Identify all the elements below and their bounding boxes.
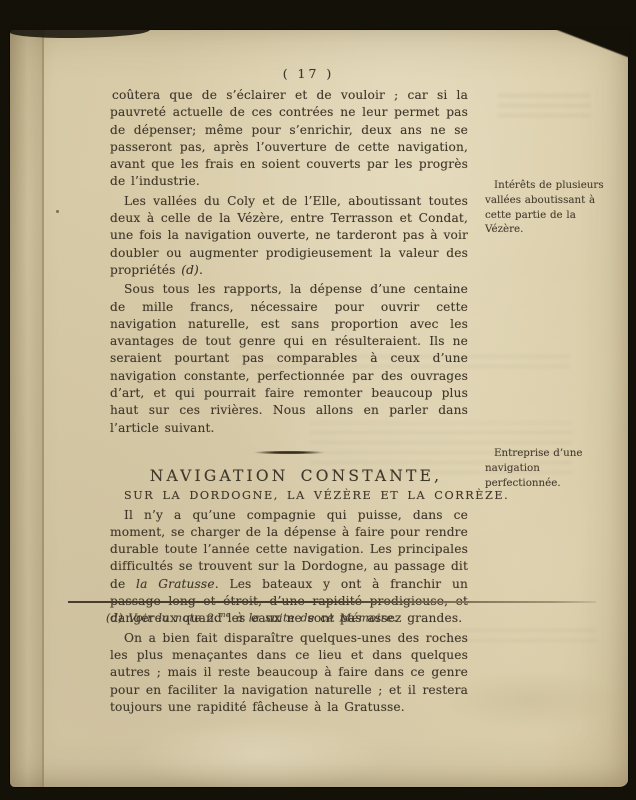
section-title: NAVIGATION CONSTANTE, — [110, 468, 468, 485]
footnote-reference: (d) — [181, 263, 199, 277]
scan-shadow — [10, 24, 150, 38]
paragraph-text: . — [199, 263, 203, 277]
footnote-text: (d) Voir la note 2. — [106, 612, 218, 625]
book-gutter-edge — [10, 30, 44, 787]
margin-note-text: Entreprise d’une navigation perfectionné… — [485, 446, 615, 490]
paragraph-text: Les vallées du Coly et de l’Elle, abouti… — [110, 194, 468, 277]
margin-note-text: Intérêts de plusieurs vallées aboutissan… — [485, 178, 615, 237]
place-name-italic: la Gratusse — [136, 577, 215, 591]
torn-corner — [552, 28, 630, 58]
bleedthrough-smudge — [498, 87, 590, 117]
paper-stain — [130, 720, 390, 790]
paragraph: On a bien fait disparaître quelques-unes… — [110, 630, 468, 716]
section-subtitle: SUR LA DORDOGNE, LA VÉZÈRE ET LA CORRÈZE… — [110, 487, 468, 504]
ink-speck — [56, 210, 59, 213]
section-divider-rule — [240, 451, 338, 454]
footnote-rule — [68, 601, 596, 603]
footnote-superscript: me — [218, 610, 230, 619]
footnote: (d) Voir la note 2.me à la suite de ce M… — [68, 610, 596, 625]
footnote-text: à la suite de ce Mémoire. — [231, 612, 398, 625]
margin-note: Intérêts de plusieurs vallées aboutissan… — [485, 178, 615, 237]
paragraph: Sous tous les rapports, la dépense d’une… — [110, 281, 468, 437]
margin-note: Entreprise d’une navigation perfectionné… — [485, 446, 615, 490]
paragraph: Les vallées du Coly et de l’Elle, abouti… — [110, 193, 468, 279]
page-number: ( 17 ) — [130, 66, 487, 81]
scanned-page: ( 17 ) coûtera que de s’éclairer et de v… — [10, 30, 628, 787]
footnote-block: (d) Voir la note 2.me à la suite de ce M… — [68, 601, 596, 625]
paragraph: coûtera que de s’éclairer et de vouloir … — [110, 87, 468, 191]
